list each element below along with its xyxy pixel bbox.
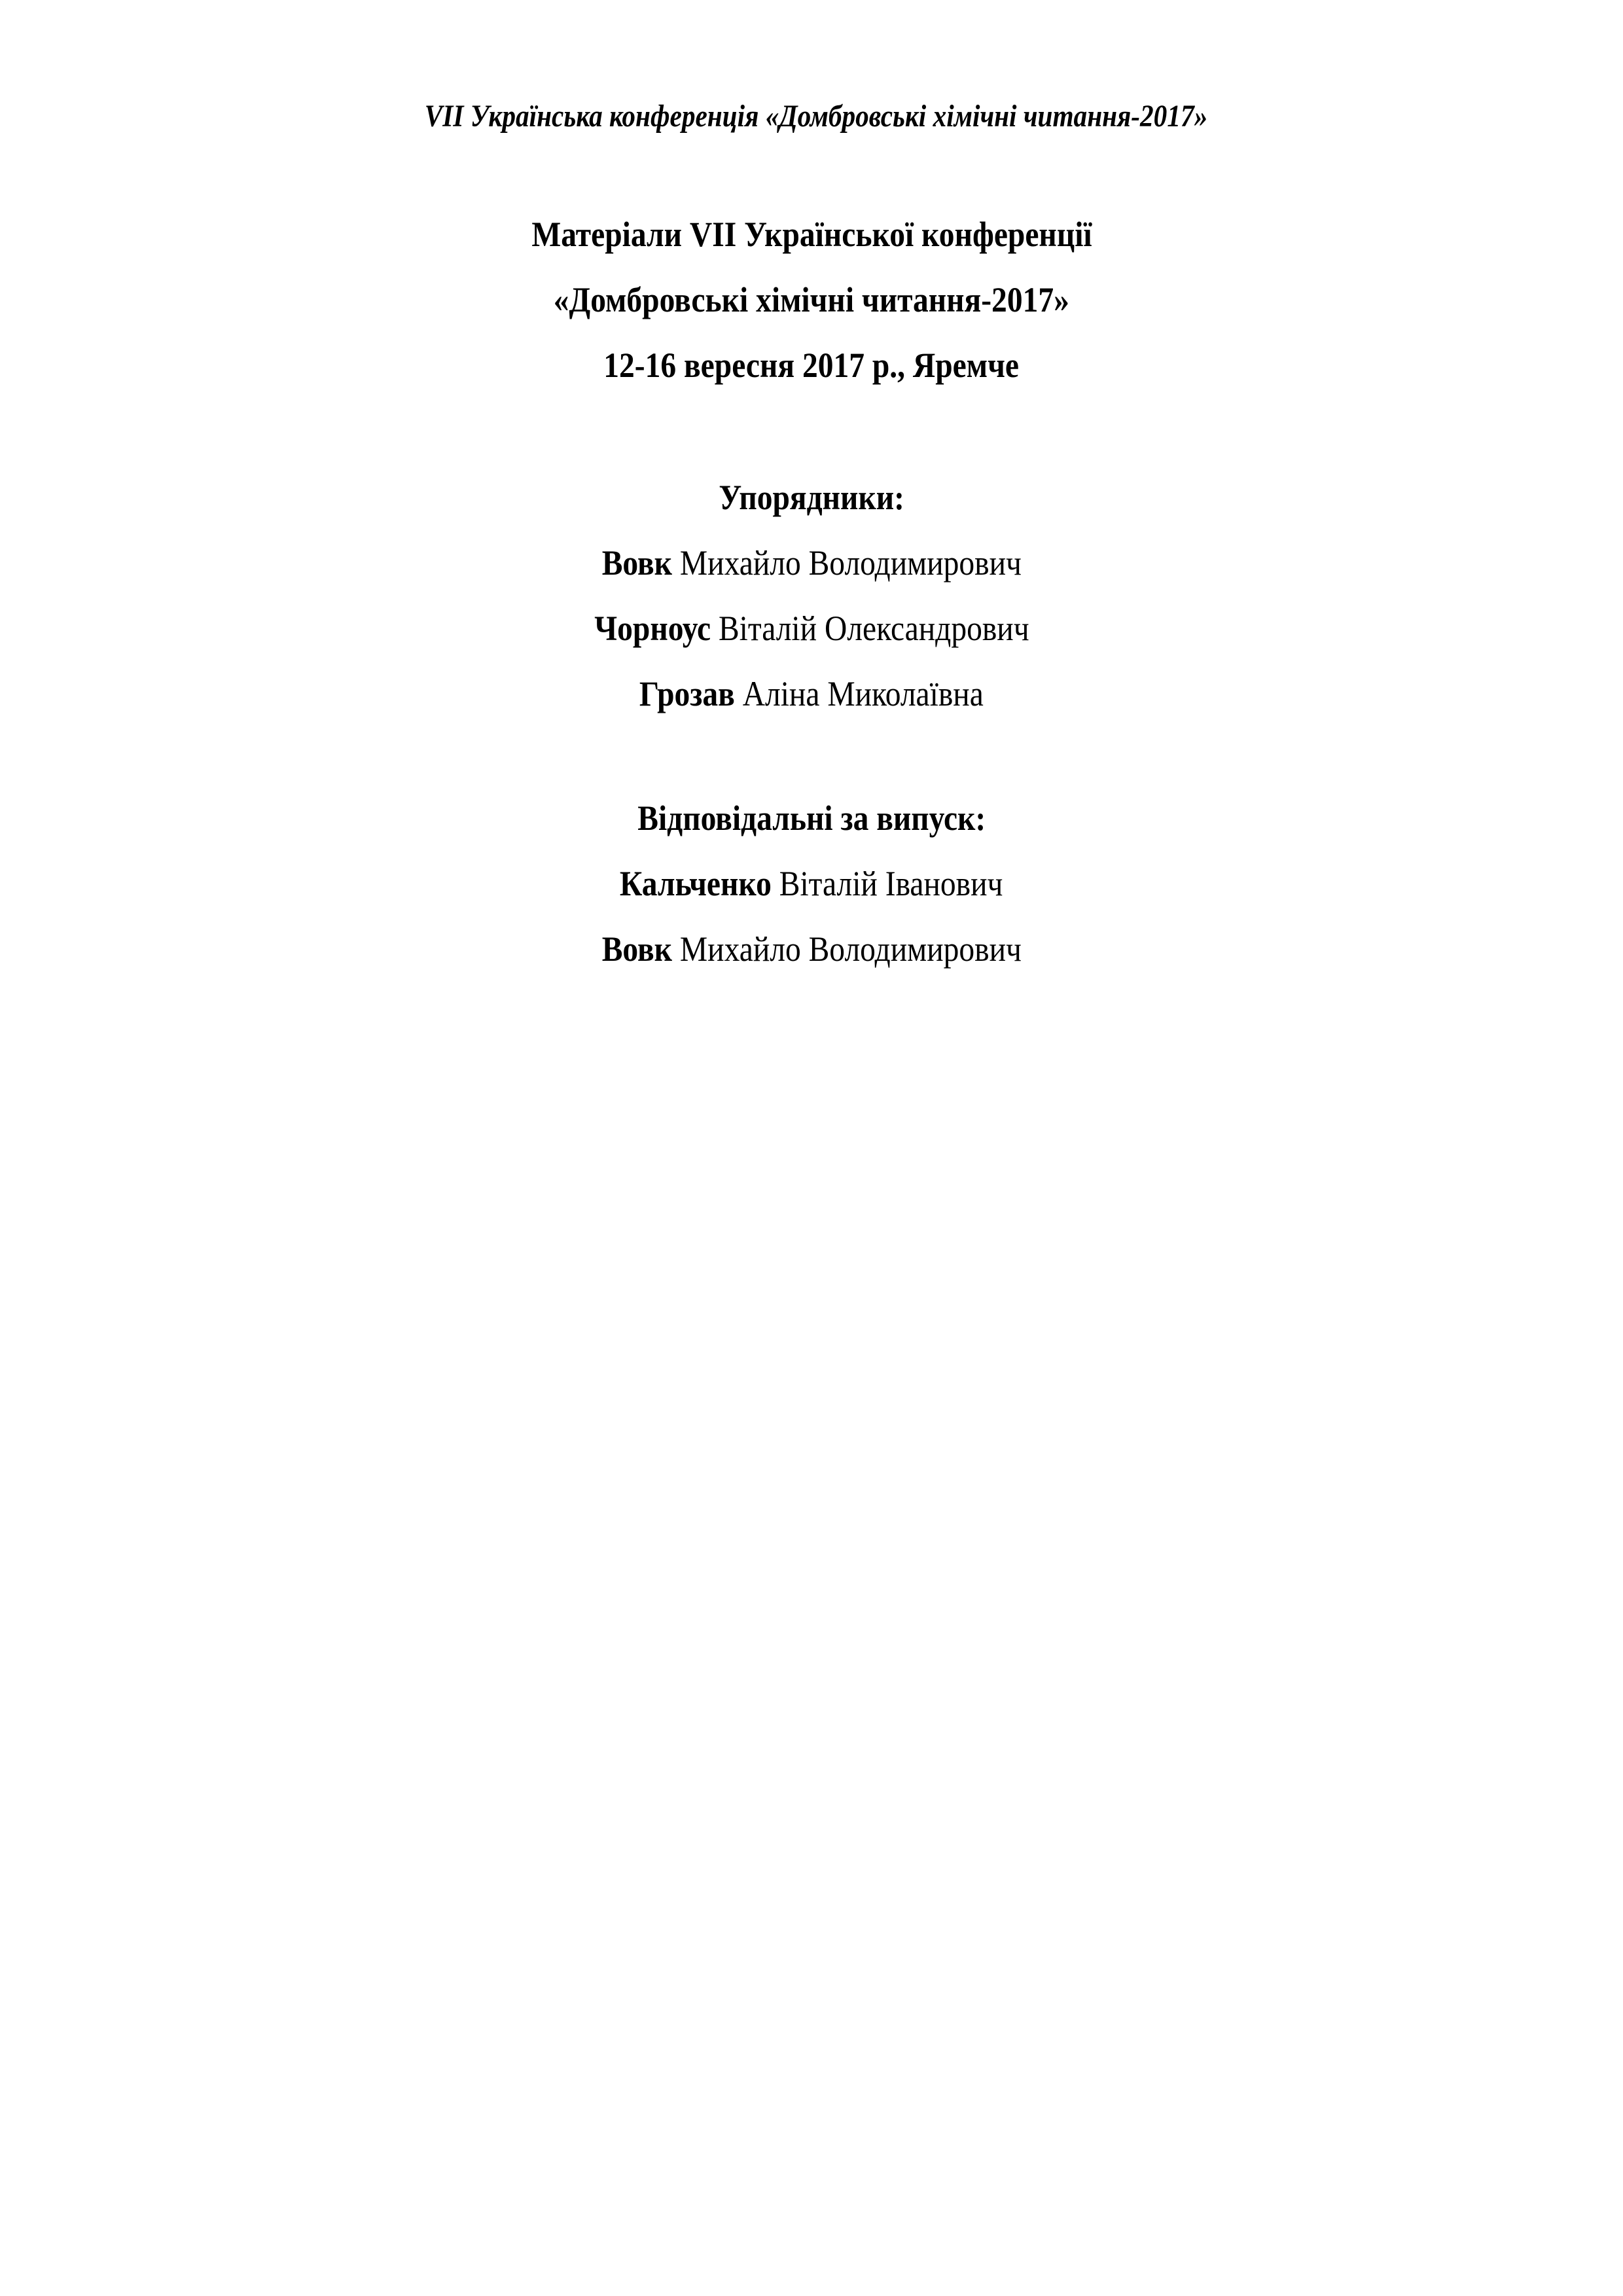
compilers-heading-text: Упорядники: (719, 465, 904, 530)
responsible-surname: Кальченко (620, 864, 772, 903)
compiler-entry: Чорноус Віталій Олександрович (0, 596, 1623, 661)
title-line-1: Матеріали VII Української конференції (0, 202, 1623, 267)
compilers-heading: Упорядники: (0, 465, 1623, 530)
responsible-entry: Вовк Михайло Володимирович (0, 916, 1623, 982)
compiler-given-name: Віталій Олександрович (718, 609, 1029, 648)
compiler-surname: Вовк (601, 543, 671, 583)
compiler-entry: Вовк Михайло Володимирович (0, 530, 1623, 596)
document-page: VII Українська конференція «Домбровські … (0, 0, 1623, 2296)
title-line-1-text: Матеріали VII Української конференції (531, 202, 1092, 267)
responsible-given-name: Михайло Володимирович (680, 929, 1022, 969)
responsible-entry: Кальченко Віталій Іванович (0, 851, 1623, 916)
title-line-2: «Домбровські хімічні читання-2017» (0, 267, 1623, 332)
compiler-given-name: Михайло Володимирович (680, 543, 1022, 583)
compiler-given-name: Аліна Миколаївна (743, 674, 984, 713)
compiler-surname: Грозав (639, 674, 735, 713)
responsible-heading-text: Відповідальні за випуск: (637, 785, 986, 851)
title-block: Матеріали VII Української конференції «Д… (0, 202, 1623, 398)
compiler-entry: Грозав Аліна Миколаївна (0, 661, 1623, 726)
compilers-section: Упорядники: Вовк Михайло Володимирович Ч… (0, 465, 1623, 726)
responsible-given-name: Віталій Іванович (779, 864, 1003, 903)
responsible-surname: Вовк (601, 929, 671, 969)
responsible-section: Відповідальні за випуск: Кальченко Вітал… (0, 785, 1623, 982)
responsible-heading: Відповідальні за випуск: (0, 785, 1623, 851)
compiler-surname: Чорноус (594, 609, 711, 648)
title-line-3: 12-16 вересня 2017 р., Яремче (0, 332, 1623, 398)
title-line-2-text: «Домбровські хімічні читання-2017» (554, 267, 1069, 332)
running-header: VII Українська конференція «Домбровські … (118, 97, 1514, 136)
title-line-3-text: 12-16 вересня 2017 р., Яремче (604, 332, 1020, 398)
